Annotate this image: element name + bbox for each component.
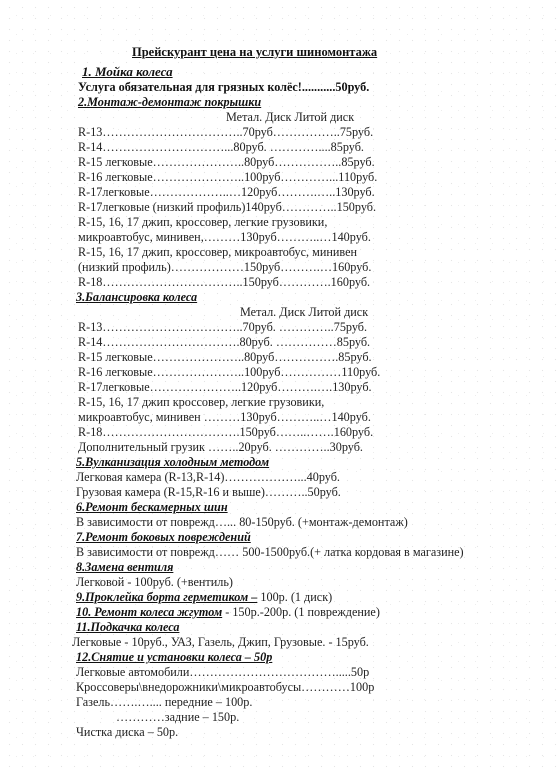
section-heading-side-repair: 7.Ремонт боковых повреждений — [76, 530, 251, 545]
vulcanization-row: Легковая камера (R-13,R-14)………………...40ру… — [76, 470, 340, 485]
section-heading-wheel-removal: 12.Снятие и установки колеса – 50р — [76, 650, 272, 665]
mounting-row: R-15, 16, 17 джип, кроссовер, микроавтоб… — [78, 245, 357, 260]
mounting-row: R-17легковые………………..…120руб……….…..130руб… — [78, 185, 375, 200]
wheel-removal-row: Легковые автомобили……………………………….....50р — [76, 665, 369, 680]
mounting-row: R-18……………………………..150руб………….160руб. — [78, 275, 370, 290]
plug-repair-price: - 150р.-200р. (1 повреждение) — [222, 605, 380, 619]
mounting-row: (низкий профиль)………………150руб……….…160руб. — [78, 260, 371, 275]
mounting-row: микроавтобус, минивен,………130руб………..…140… — [78, 230, 371, 245]
section-heading-plug-repair: 10. Ремонт колеса жгутом — [76, 605, 222, 619]
balancing-row: R-14…………………………….80руб. ……………85руб. — [78, 335, 370, 350]
vulcanization-row: Грузовая камера (R-15,R-16 и выше)………..5… — [76, 485, 341, 500]
wheel-removal-row: …………задние – 150р. — [116, 710, 239, 725]
section-heading-inflation: 11.Подкачка колеса — [76, 620, 179, 635]
balancing-row: R-18…………………………….150руб……..…….160руб. — [78, 425, 373, 440]
mounting-columns-header: Метал. Диск Литой диск — [226, 110, 354, 125]
balancing-row: микроавтобус, минивен ………130руб………..…140… — [78, 410, 371, 425]
disc-cleaning-row: Чистка диска – 50р. — [76, 725, 178, 740]
balancing-row: R-15 легковые…………………..80руб…………….85руб. — [78, 350, 372, 365]
wheel-removal-row: Кроссоверы\внедорожники\микроавтобусы………… — [76, 680, 374, 695]
mounting-row: R-13……………………………..70руб……………..75руб. — [78, 125, 373, 140]
washing-line: Услуга обязательная для грязных колёс!..… — [78, 80, 369, 95]
balancing-columns-header: Метал. Диск Литой диск — [240, 305, 368, 320]
mounting-row: R-15 легковые…………………..80руб……………..85руб. — [78, 155, 375, 170]
mounting-row: R-14…………………………...80руб. …………....85руб. — [78, 140, 364, 155]
balancing-row: R-16 легковые…………………..100руб……………110руб. — [78, 365, 380, 380]
section-heading-bead-sealing: 9.Проклейка борта герметиком – — [76, 590, 257, 604]
bead-sealing-line: 9.Проклейка борта герметиком – 100р. (1 … — [76, 590, 332, 605]
balancing-row: R-13……………………………..70руб. …………..75руб. — [78, 320, 367, 335]
section-heading-washing: 1. Мойка колеса — [82, 64, 173, 79]
plug-repair-line: 10. Ремонт колеса жгутом - 150р.-200р. (… — [76, 605, 380, 620]
mounting-row: R-15, 16, 17 джип, кроссовер, легкие гру… — [78, 215, 327, 230]
document-title: Прейскурант цена на услуги шиномонтажа — [132, 45, 377, 60]
inflation-row: Легковые - 10руб., УАЗ, Газель, Джип, Гр… — [72, 635, 369, 650]
section-heading-mounting: 2.Монтаж-демонтаж покрышки — [78, 95, 261, 110]
section-heading-balancing: 3.Балансировка колеса — [76, 290, 197, 305]
balancing-row: R-15, 16, 17 джип кроссовер, легкие груз… — [78, 395, 324, 410]
tubeless-repair-row: В зависимости от поврежд…... 80-150руб. … — [76, 515, 408, 530]
balancing-row: Дополнительный грузик ……..20руб. …………..3… — [78, 440, 363, 455]
section-heading-tubeless-repair: 6.Ремонт бескамерных шин — [76, 500, 228, 515]
balancing-row: R-17легковые…………………..120руб……….….130руб. — [78, 380, 372, 395]
section-heading-valve-replacement: 8.Замена вентиля — [76, 560, 173, 575]
section-heading-vulcanization: 5.Вулканизация холодным методом — [76, 455, 269, 470]
mounting-row: R-16 легковые…………………..100руб…………...110ру… — [78, 170, 377, 185]
price-list-document: Прейскурант цена на услуги шиномонтажа 1… — [0, 0, 558, 768]
valve-replacement-row: Легковой - 100руб. (+вентиль) — [76, 575, 233, 590]
side-repair-row: В зависимости от поврежд…… 500-1500руб.(… — [76, 545, 464, 560]
bead-sealing-price: 100р. (1 диск) — [257, 590, 332, 604]
wheel-removal-row: Газель…….….... передние – 100р. — [76, 695, 252, 710]
mounting-row: R-17легковые (низкий профиль)140руб………….… — [78, 200, 376, 215]
